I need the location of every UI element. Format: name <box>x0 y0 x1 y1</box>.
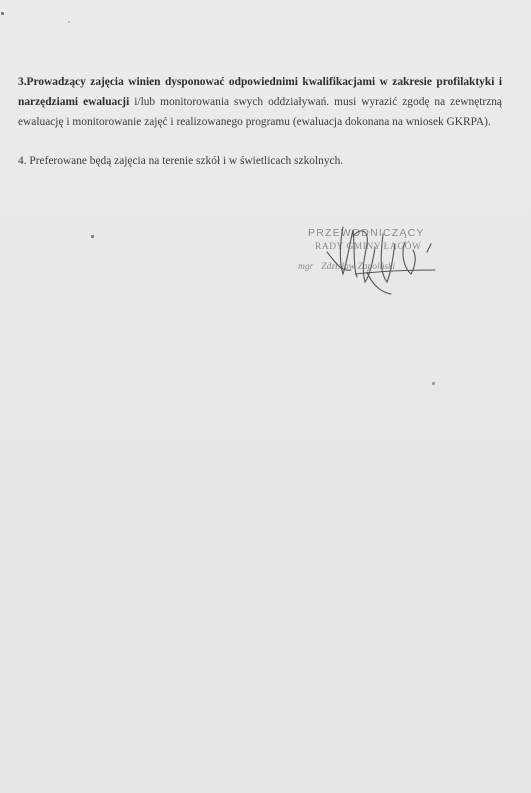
signature-stamp: PRZEWODNICZĄCY RADY GMINY ŁAGÓW mgrZdzis… <box>295 222 445 297</box>
scan-speck <box>68 21 70 23</box>
document-page: 3.Prowadzący zajęcia winien dysponować o… <box>0 0 531 793</box>
handwritten-signature-icon <box>295 222 445 297</box>
scan-speck <box>1 12 4 15</box>
scan-speck <box>91 235 94 238</box>
scan-speck <box>432 382 435 385</box>
requirements-paragraph-4: 4. Preferowane będą zajęcia na terenie s… <box>18 151 502 171</box>
paragraph-number: 3. <box>18 76 27 88</box>
requirements-paragraph-3: 3.Prowadzący zajęcia winien dysponować o… <box>18 72 502 132</box>
